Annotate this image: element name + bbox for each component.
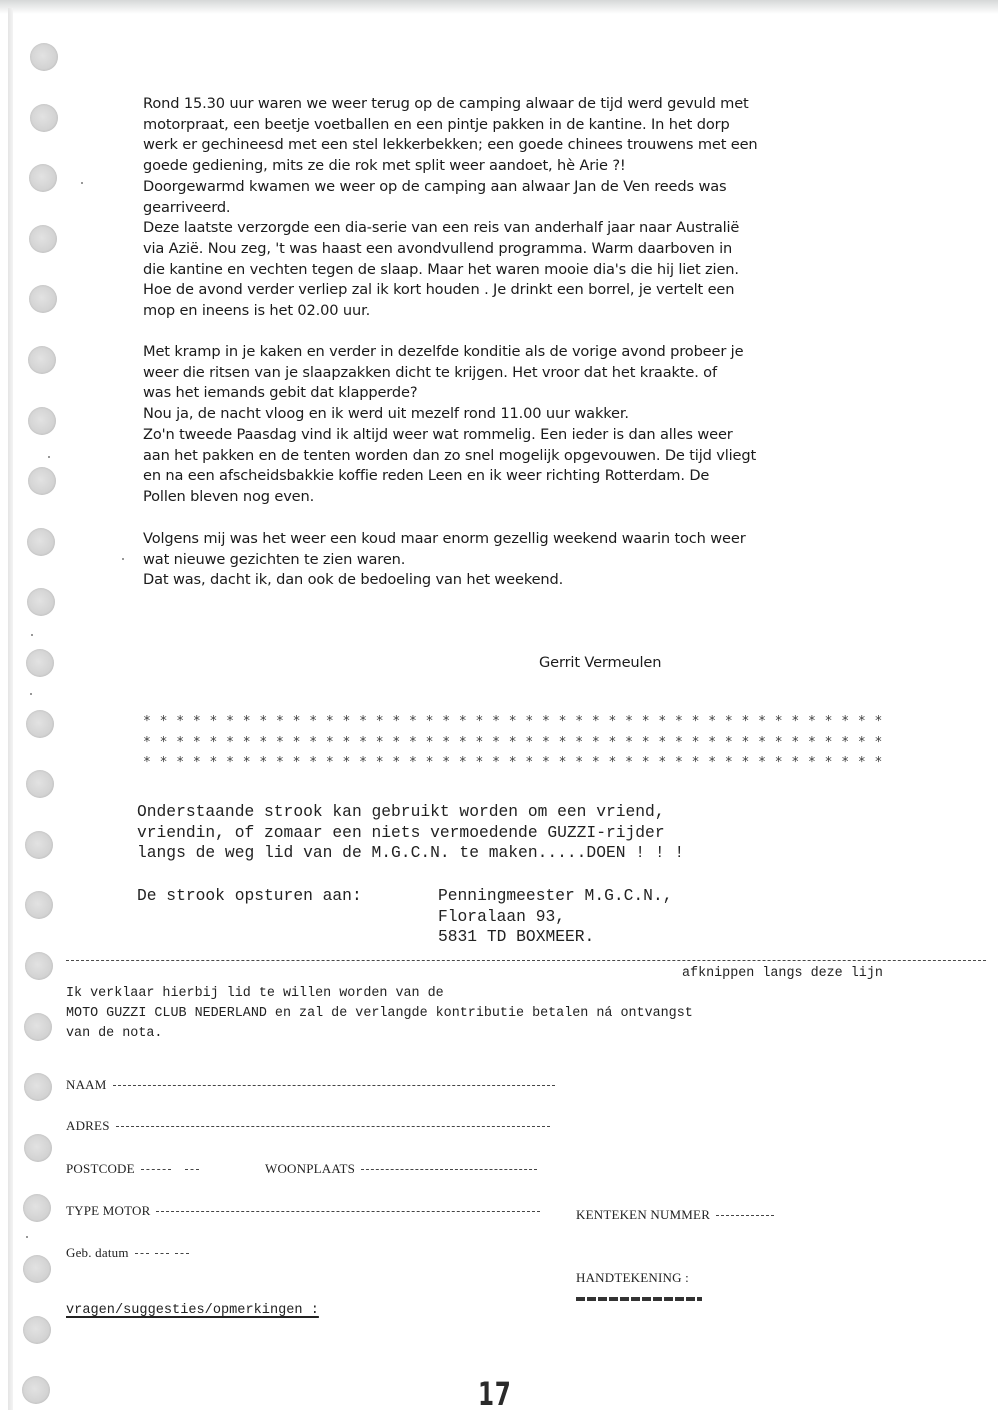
binder-hole xyxy=(23,1194,51,1222)
page-number: 17 xyxy=(478,1375,512,1410)
geb-datum-field[interactable]: Geb. datum xyxy=(66,1244,189,1262)
binder-hole xyxy=(27,588,55,616)
binder-hole xyxy=(23,1316,51,1344)
postcode-line-digits[interactable] xyxy=(141,1169,171,1170)
kenteken-line[interactable] xyxy=(716,1215,774,1216)
woonplaats-label: WOONPLAATS xyxy=(265,1161,355,1176)
geb-datum-month-line[interactable] xyxy=(155,1253,169,1254)
asterisk-row: ****************************************… xyxy=(143,712,883,732)
address-line-1: Penningmeester M.G.C.N., xyxy=(438,886,673,907)
declaration-line-3: van de nota. xyxy=(66,1024,693,1044)
asterisk-row: ****************************************… xyxy=(143,733,883,753)
binder-hole xyxy=(25,952,53,980)
handtekening-label: HANDTEKENING : xyxy=(576,1270,689,1286)
binder-hole xyxy=(24,1073,52,1101)
membership-declaration: Ik verklaar hierbij lid te willen worden… xyxy=(66,984,693,1044)
mailing-address: Penningmeester M.G.C.N., Floralaan 93, 5… xyxy=(438,886,673,948)
binder-hole xyxy=(25,891,53,919)
type-motor-field[interactable]: TYPE MOTOR xyxy=(66,1202,540,1220)
asterisk-row: ****************************************… xyxy=(143,753,883,773)
handtekening-line[interactable] xyxy=(576,1297,702,1301)
type-motor-label: TYPE MOTOR xyxy=(66,1203,150,1218)
binder-hole xyxy=(28,346,56,374)
woonplaats-field[interactable]: WOONPLAATS xyxy=(265,1160,537,1178)
geb-datum-year-line[interactable] xyxy=(175,1253,189,1254)
scan-speck xyxy=(81,182,83,184)
postcode-field[interactable]: POSTCODE xyxy=(66,1160,199,1178)
vragen-label[interactable]: vragen/suggesties/opmerkingen : xyxy=(66,1301,319,1321)
binder-hole xyxy=(24,1013,52,1041)
postcode-line-letters[interactable] xyxy=(185,1169,199,1170)
scan-speck xyxy=(122,558,124,560)
binder-hole xyxy=(28,407,56,435)
adres-line[interactable] xyxy=(116,1126,550,1127)
address-line-2: Floralaan 93, xyxy=(438,907,673,928)
adres-label: ADRES xyxy=(66,1118,110,1133)
woonplaats-line[interactable] xyxy=(361,1169,537,1170)
binder-hole xyxy=(26,710,54,738)
kenteken-label: KENTEKEN NUMMER xyxy=(576,1207,710,1222)
binder-hole xyxy=(30,104,58,132)
binder-hole xyxy=(26,770,54,798)
binder-hole xyxy=(23,1255,51,1283)
author-signature: Gerrit Vermeulen xyxy=(539,653,661,674)
naam-field[interactable]: NAAM xyxy=(66,1076,555,1094)
type-motor-line[interactable] xyxy=(156,1211,540,1212)
page-left-edge xyxy=(8,8,13,1410)
cut-line xyxy=(66,960,986,961)
binder-hole xyxy=(29,164,57,192)
article-paragraph-2: Met kramp in je kaken en verder in dezel… xyxy=(143,342,903,508)
declaration-line-2: MOTO GUZZI CLUB NEDERLAND en zal de verl… xyxy=(66,1004,693,1024)
promo-text: Onderstaande strook kan gebruikt worden … xyxy=(137,802,684,864)
scan-speck xyxy=(31,634,33,636)
cut-label: afknippen langs deze lijn xyxy=(682,964,883,984)
page-top-edge xyxy=(0,0,998,14)
promo-line-1: Onderstaande strook kan gebruikt worden … xyxy=(137,802,684,823)
naam-line[interactable] xyxy=(113,1085,555,1086)
binder-hole xyxy=(25,831,53,859)
geb-datum-day-line[interactable] xyxy=(135,1253,149,1254)
binder-hole xyxy=(26,649,54,677)
scan-speck xyxy=(30,693,32,695)
naam-label: NAAM xyxy=(66,1077,107,1092)
article-paragraph-3: Volgens mij was het weer een koud maar e… xyxy=(143,529,903,591)
scan-speck xyxy=(48,456,50,458)
binder-hole xyxy=(29,225,57,253)
promo-line-2: vriendin, of zomaar een niets vermoedend… xyxy=(137,823,684,844)
binder-hole xyxy=(22,1376,50,1404)
send-to-label: De strook opsturen aan: xyxy=(137,886,362,907)
binder-hole xyxy=(24,1134,52,1162)
scan-speck xyxy=(26,1236,28,1238)
binder-hole xyxy=(28,467,56,495)
geb-datum-label: Geb. datum xyxy=(66,1245,129,1260)
declaration-line-1: Ik verklaar hierbij lid te willen worden… xyxy=(66,984,693,1004)
binder-hole xyxy=(27,528,55,556)
article-paragraph-1: Rond 15.30 uur waren we weer terug op de… xyxy=(143,94,903,322)
binder-hole xyxy=(29,285,57,313)
binder-hole xyxy=(30,43,58,71)
address-line-3: 5831 TD BOXMEER. xyxy=(438,927,673,948)
postcode-label: POSTCODE xyxy=(66,1161,135,1176)
promo-line-3: langs de weg lid van de M.G.C.N. te make… xyxy=(137,843,684,864)
kenteken-field[interactable]: KENTEKEN NUMMER xyxy=(576,1206,774,1224)
adres-field[interactable]: ADRES xyxy=(66,1117,550,1135)
